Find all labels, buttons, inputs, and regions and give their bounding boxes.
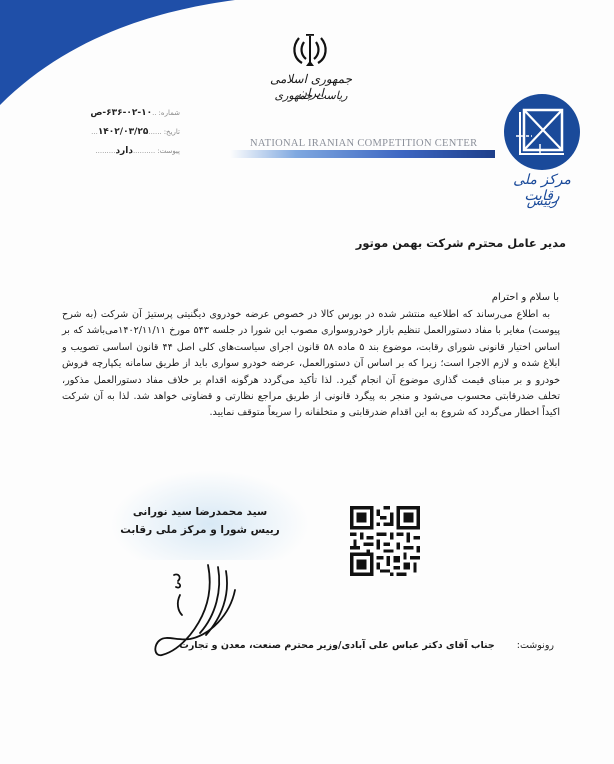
dots: ...... (148, 128, 161, 136)
number-value: ۶۳۶-۰۲-۱۰-ص (90, 108, 152, 118)
signer-title: رییس شورا و مرکز ملی رقابت (90, 521, 310, 539)
signer-block: سید محمدرضا سید نورانی رییس شورا و مرکز … (90, 503, 310, 539)
letter-body: به اطلاع می‌رساند که اطلاعیه منتشر شده د… (62, 307, 560, 422)
dots: .. (152, 109, 156, 117)
recipient-heading: مدیر عامل محترم شرکت بهمن موتور (356, 236, 566, 250)
attachment-value: دارد (115, 146, 133, 156)
date-label: تاریخ: (164, 128, 180, 136)
cc-recipient: جناب آقای دکتر عباس علی آبادی/وزیر محترم… (179, 640, 494, 651)
logo-role: رییس (500, 194, 584, 209)
attachment-label: پیوست: (157, 147, 180, 155)
iran-emblem-icon (290, 32, 330, 70)
meta-attachment: پیوست: .......... دارد ......... (40, 146, 180, 165)
competition-center-logo-icon (502, 92, 582, 172)
date-value: ۱۴۰۲/۰۳/۲۵ (98, 127, 149, 137)
letter-meta: شماره: .. ۶۳۶-۰۲-۱۰-ص تاریخ: ...... ۱۴۰۲… (40, 108, 180, 165)
dots: ......... (95, 147, 115, 155)
cc-label: رونوشت: (517, 640, 554, 651)
letter-page: جمهوری اسلامی ایران ریاست جمهوری NATIONA… (0, 0, 614, 764)
corner-swoosh-decoration (0, 0, 250, 110)
qr-code-icon (350, 506, 420, 576)
presidency-name: ریاست جمهوری (258, 89, 364, 102)
center-name-english: NATIONAL IRANIAN COMPETITION CENTER (250, 138, 490, 149)
dots: .......... (133, 147, 155, 155)
dots: ... (91, 128, 98, 136)
carbon-copy-line: رونوشت: جناب آقای دکتر عباس علی آبادی/وز… (179, 640, 554, 651)
signer-name: سید محمدرضا سید نورانی (90, 503, 310, 521)
salutation: با سلام و احترام (492, 292, 559, 303)
meta-date: تاریخ: ...... ۱۴۰۲/۰۳/۲۵ ... (40, 127, 180, 146)
meta-number: شماره: .. ۶۳۶-۰۲-۱۰-ص (40, 108, 180, 127)
header-gradient-bar (230, 150, 495, 158)
number-label: شماره: (159, 109, 180, 117)
